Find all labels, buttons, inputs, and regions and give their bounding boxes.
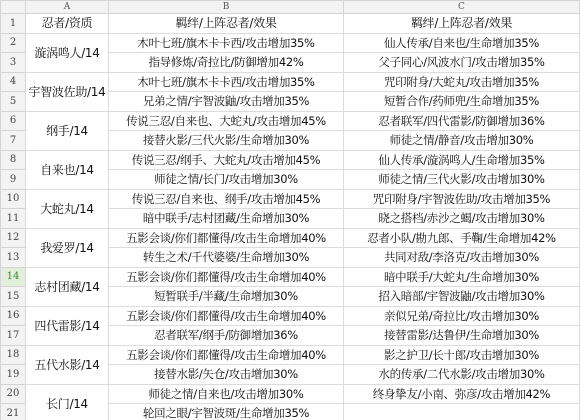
cell-ninja-name[interactable]: 宇智波佐助/14 [26,72,109,111]
table-row: 18五代水影/14五影会谈/你们都懂得/攻击生命增加40%影之护卫/长十郎/攻击… [1,345,580,365]
table-header-row: 1 忍者/资质 羁绊/上阵忍者/效果 羁绊/上阵忍者/效果 [1,14,580,34]
cell-ninja-name[interactable]: 大蛇丸/14 [26,189,109,228]
cell-header-bond-c[interactable]: 羁绊/上阵忍者/效果 [344,14,580,34]
cell-bond-c[interactable]: 暗中联手/大蛇丸/生命增加30% [344,267,580,287]
cell-bond-c[interactable]: 终身挚友/小南、弥彦/攻击增加42% [344,384,580,404]
row-header[interactable]: 8 [1,150,26,170]
cell-bond-b[interactable]: 忍者联军/纲手/防御增加36% [109,326,344,346]
row-header[interactable]: 18 [1,345,26,365]
cell-bond-c[interactable]: 父子同心/风波水门/攻击增加35% [344,53,580,73]
cell-bond-c[interactable]: 影之护卫/长十郎/攻击增加30% [344,345,580,365]
table-row: 16四代雷影/14五影会谈/你们都懂得/攻击生命增加40%亲似兄弟/奇拉比/攻击… [1,306,580,326]
cell-header-bond-b[interactable]: 羁绊/上阵忍者/效果 [109,14,344,34]
cell-bond-c[interactable]: 水的传承/二代水影/攻击增加30% [344,365,580,385]
spreadsheet: A B C 1 忍者/资质 羁绊/上阵忍者/效果 羁绊/上阵忍者/效果 2漩涡鸣… [0,0,580,420]
cell-bond-c[interactable]: 短暂合作/药师兜/生命增加35% [344,92,580,112]
row-header[interactable]: 11 [1,209,26,229]
cell-bond-c[interactable]: 接替雷影/达鲁伊/生命增加30% [344,326,580,346]
cell-bond-b[interactable]: 师徒之情/自来也/攻击增加30% [109,384,344,404]
row-header[interactable]: 19 [1,365,26,385]
cell-bond-b[interactable]: 接替水影/矢仓/攻击增加30% [109,365,344,385]
row-header[interactable]: 6 [1,111,26,131]
cell-bond-c[interactable]: 忍者小队/勘九郎、手鞠/生命增加42% [344,228,580,248]
column-header-c[interactable]: C [344,1,580,14]
cell-bond-c[interactable]: 晓之搭档/赤沙之蝎/攻击增加30% [344,209,580,229]
cell-ninja-name[interactable]: 四代雷影/14 [26,306,109,345]
row-header[interactable]: 21 [1,404,26,420]
cell-bond-b[interactable]: 师徒之情/长门/攻击增加30% [109,170,344,190]
cell-header-ninja[interactable]: 忍者/资质 [26,14,109,34]
cell-bond-c[interactable] [344,404,580,420]
cell-bond-c[interactable]: 招入暗部/宇智波鼬/攻击增加30% [344,287,580,307]
cell-bond-c[interactable]: 咒印附身/大蛇丸/攻击增加35% [344,72,580,92]
cell-bond-c[interactable]: 仙人传承/漩涡鸣人/生命增加35% [344,150,580,170]
cell-bond-b[interactable]: 短暂联手/半藏/生命增加30% [109,287,344,307]
spreadsheet-grid: A B C 1 忍者/资质 羁绊/上阵忍者/效果 羁绊/上阵忍者/效果 2漩涡鸣… [0,0,580,420]
cell-ninja-name[interactable]: 自来也/14 [26,150,109,189]
row-header[interactable]: 13 [1,248,26,268]
row-header[interactable]: 2 [1,33,26,53]
table-row: 8自来也/14传说三忍/纲手、大蛇丸/攻击增加45%仙人传承/漩涡鸣人/生命增加… [1,150,580,170]
table-row: 10大蛇丸/14传说三忍/自来也、纲手/攻击增加45%咒印附身/宇智波佐助/攻击… [1,189,580,209]
table-row: 2漩涡鸣人/14木叶七班/旗木卡卡西/攻击增加35%仙人传承/自来也/生命增加3… [1,33,580,53]
row-header[interactable]: 5 [1,92,26,112]
cell-bond-b[interactable]: 传说三忍/自来也、纲手/攻击增加45% [109,189,344,209]
cell-bond-b[interactable]: 五影会谈/你们都懂得/攻击生命增加40% [109,345,344,365]
cell-bond-b[interactable]: 五影会谈/你们都懂得/攻击生命增加40% [109,228,344,248]
table-row: 20长门/14师徒之情/自来也/攻击增加30%终身挚友/小南、弥彦/攻击增加42… [1,384,580,404]
cell-bond-b[interactable]: 指导修炼/奇拉比/防御增加42% [109,53,344,73]
row-header[interactable]: 3 [1,53,26,73]
cell-bond-c[interactable]: 咒印附身/宇智波佐助/攻击增加35% [344,189,580,209]
cell-bond-b[interactable]: 传说三忍/自来也、大蛇丸/攻击增加45% [109,111,344,131]
table-row: 12我爱罗/14五影会谈/你们都懂得/攻击生命增加40%忍者小队/勘九郎、手鞠/… [1,228,580,248]
column-header-row: A B C [1,1,580,14]
cell-ninja-name[interactable]: 漩涡鸣人/14 [26,33,109,72]
cell-ninja-name[interactable]: 长门/14 [26,384,109,420]
cell-bond-b[interactable]: 五影会谈/你们都懂得/攻击生命增加40% [109,306,344,326]
select-all-corner[interactable] [1,1,26,14]
cell-bond-c[interactable]: 仙人传承/自来也/生命增加35% [344,33,580,53]
column-header-a[interactable]: A [26,1,109,14]
column-header-b[interactable]: B [109,1,344,14]
cell-bond-c[interactable]: 忍者联军/四代雷影/防御增加36% [344,111,580,131]
cell-ninja-name[interactable]: 五代水影/14 [26,345,109,384]
cell-bond-b[interactable]: 转生之术/千代婆婆/生命增加30% [109,248,344,268]
row-header[interactable]: 9 [1,170,26,190]
table-row: 4宇智波佐助/14木叶七班/旗木卡卡西/攻击增加35%咒印附身/大蛇丸/攻击增加… [1,72,580,92]
cell-bond-b[interactable]: 传说三忍/纲手、大蛇丸/攻击增加45% [109,150,344,170]
cell-bond-b[interactable]: 五影会谈/你们都懂得/攻击生命增加40% [109,267,344,287]
cell-bond-b[interactable]: 接替火影/三代火影/生命增加30% [109,131,344,151]
cell-bond-c[interactable]: 师徒之情/三代火影/攻击增加30% [344,170,580,190]
row-header[interactable]: 4 [1,72,26,92]
cell-ninja-name[interactable]: 志村团藏/14 [26,267,109,306]
cell-bond-b[interactable]: 兄弟之情/宇智波鼬/攻击增加35% [109,92,344,112]
table-row: 14志村团藏/14五影会谈/你们都懂得/攻击生命增加40%暗中联手/大蛇丸/生命… [1,267,580,287]
row-header[interactable]: 15 [1,287,26,307]
cell-bond-b[interactable]: 暗中联手/志村团藏/生命增加30% [109,209,344,229]
row-header[interactable]: 20 [1,384,26,404]
cell-bond-b[interactable]: 木叶七班/旗木卡卡西/攻击增加35% [109,72,344,92]
table-row: 6纲手/14传说三忍/自来也、大蛇丸/攻击增加45%忍者联军/四代雷影/防御增加… [1,111,580,131]
cell-bond-b[interactable]: 轮回之眼/宇智波斑/生命增加35% [109,404,344,420]
cell-bond-b[interactable]: 木叶七班/旗木卡卡西/攻击增加35% [109,33,344,53]
cell-ninja-name[interactable]: 纲手/14 [26,111,109,150]
row-header[interactable]: 1 [1,14,26,34]
row-header[interactable]: 16 [1,306,26,326]
row-header[interactable]: 12 [1,228,26,248]
cell-bond-c[interactable]: 共同对敌/李洛克/攻击增加30% [344,248,580,268]
cell-bond-c[interactable]: 师徒之情/静音/攻击增加30% [344,131,580,151]
row-header[interactable]: 17 [1,326,26,346]
row-header[interactable]: 7 [1,131,26,151]
cell-ninja-name[interactable]: 我爱罗/14 [26,228,109,267]
row-header[interactable]: 10 [1,189,26,209]
cell-bond-c[interactable]: 亲似兄弟/奇拉比/攻击增加30% [344,306,580,326]
row-header[interactable]: 14 [1,267,26,287]
